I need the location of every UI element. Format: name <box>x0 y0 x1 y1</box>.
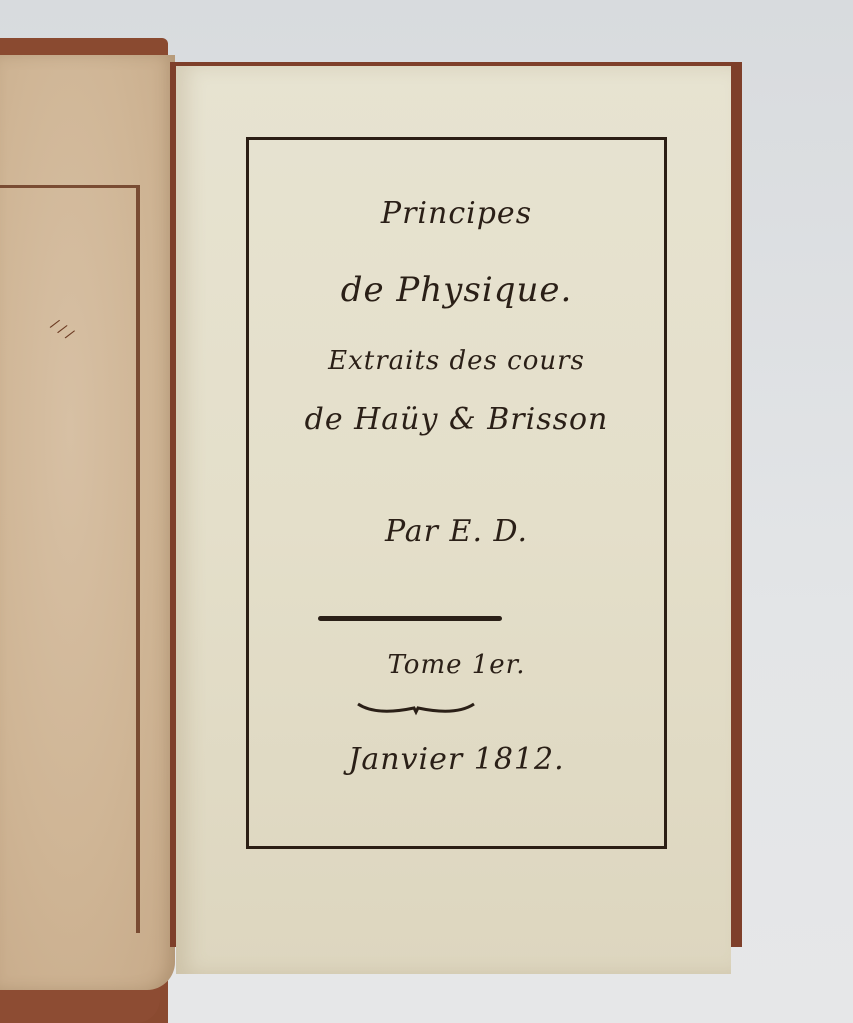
flourish-ornament <box>356 700 476 718</box>
book-photo: / / / Principes de Physique. Extraits de… <box>0 0 853 1023</box>
divider-rule <box>318 616 502 621</box>
title-line-physique: de Physique. <box>246 270 667 310</box>
subtitle-extraits: Extraits des cours <box>246 346 667 376</box>
title-line-principes: Principes <box>246 196 667 231</box>
subtitle-authors: de Haüy & Brisson <box>246 402 667 437</box>
author-initials: Par E. D. <box>246 514 667 549</box>
left-flyleaf: / / / <box>0 55 175 990</box>
date-line: Janvier 1812. <box>246 742 667 777</box>
left-page-frame-line <box>0 185 140 933</box>
volume-label: Tome 1er. <box>246 650 667 680</box>
